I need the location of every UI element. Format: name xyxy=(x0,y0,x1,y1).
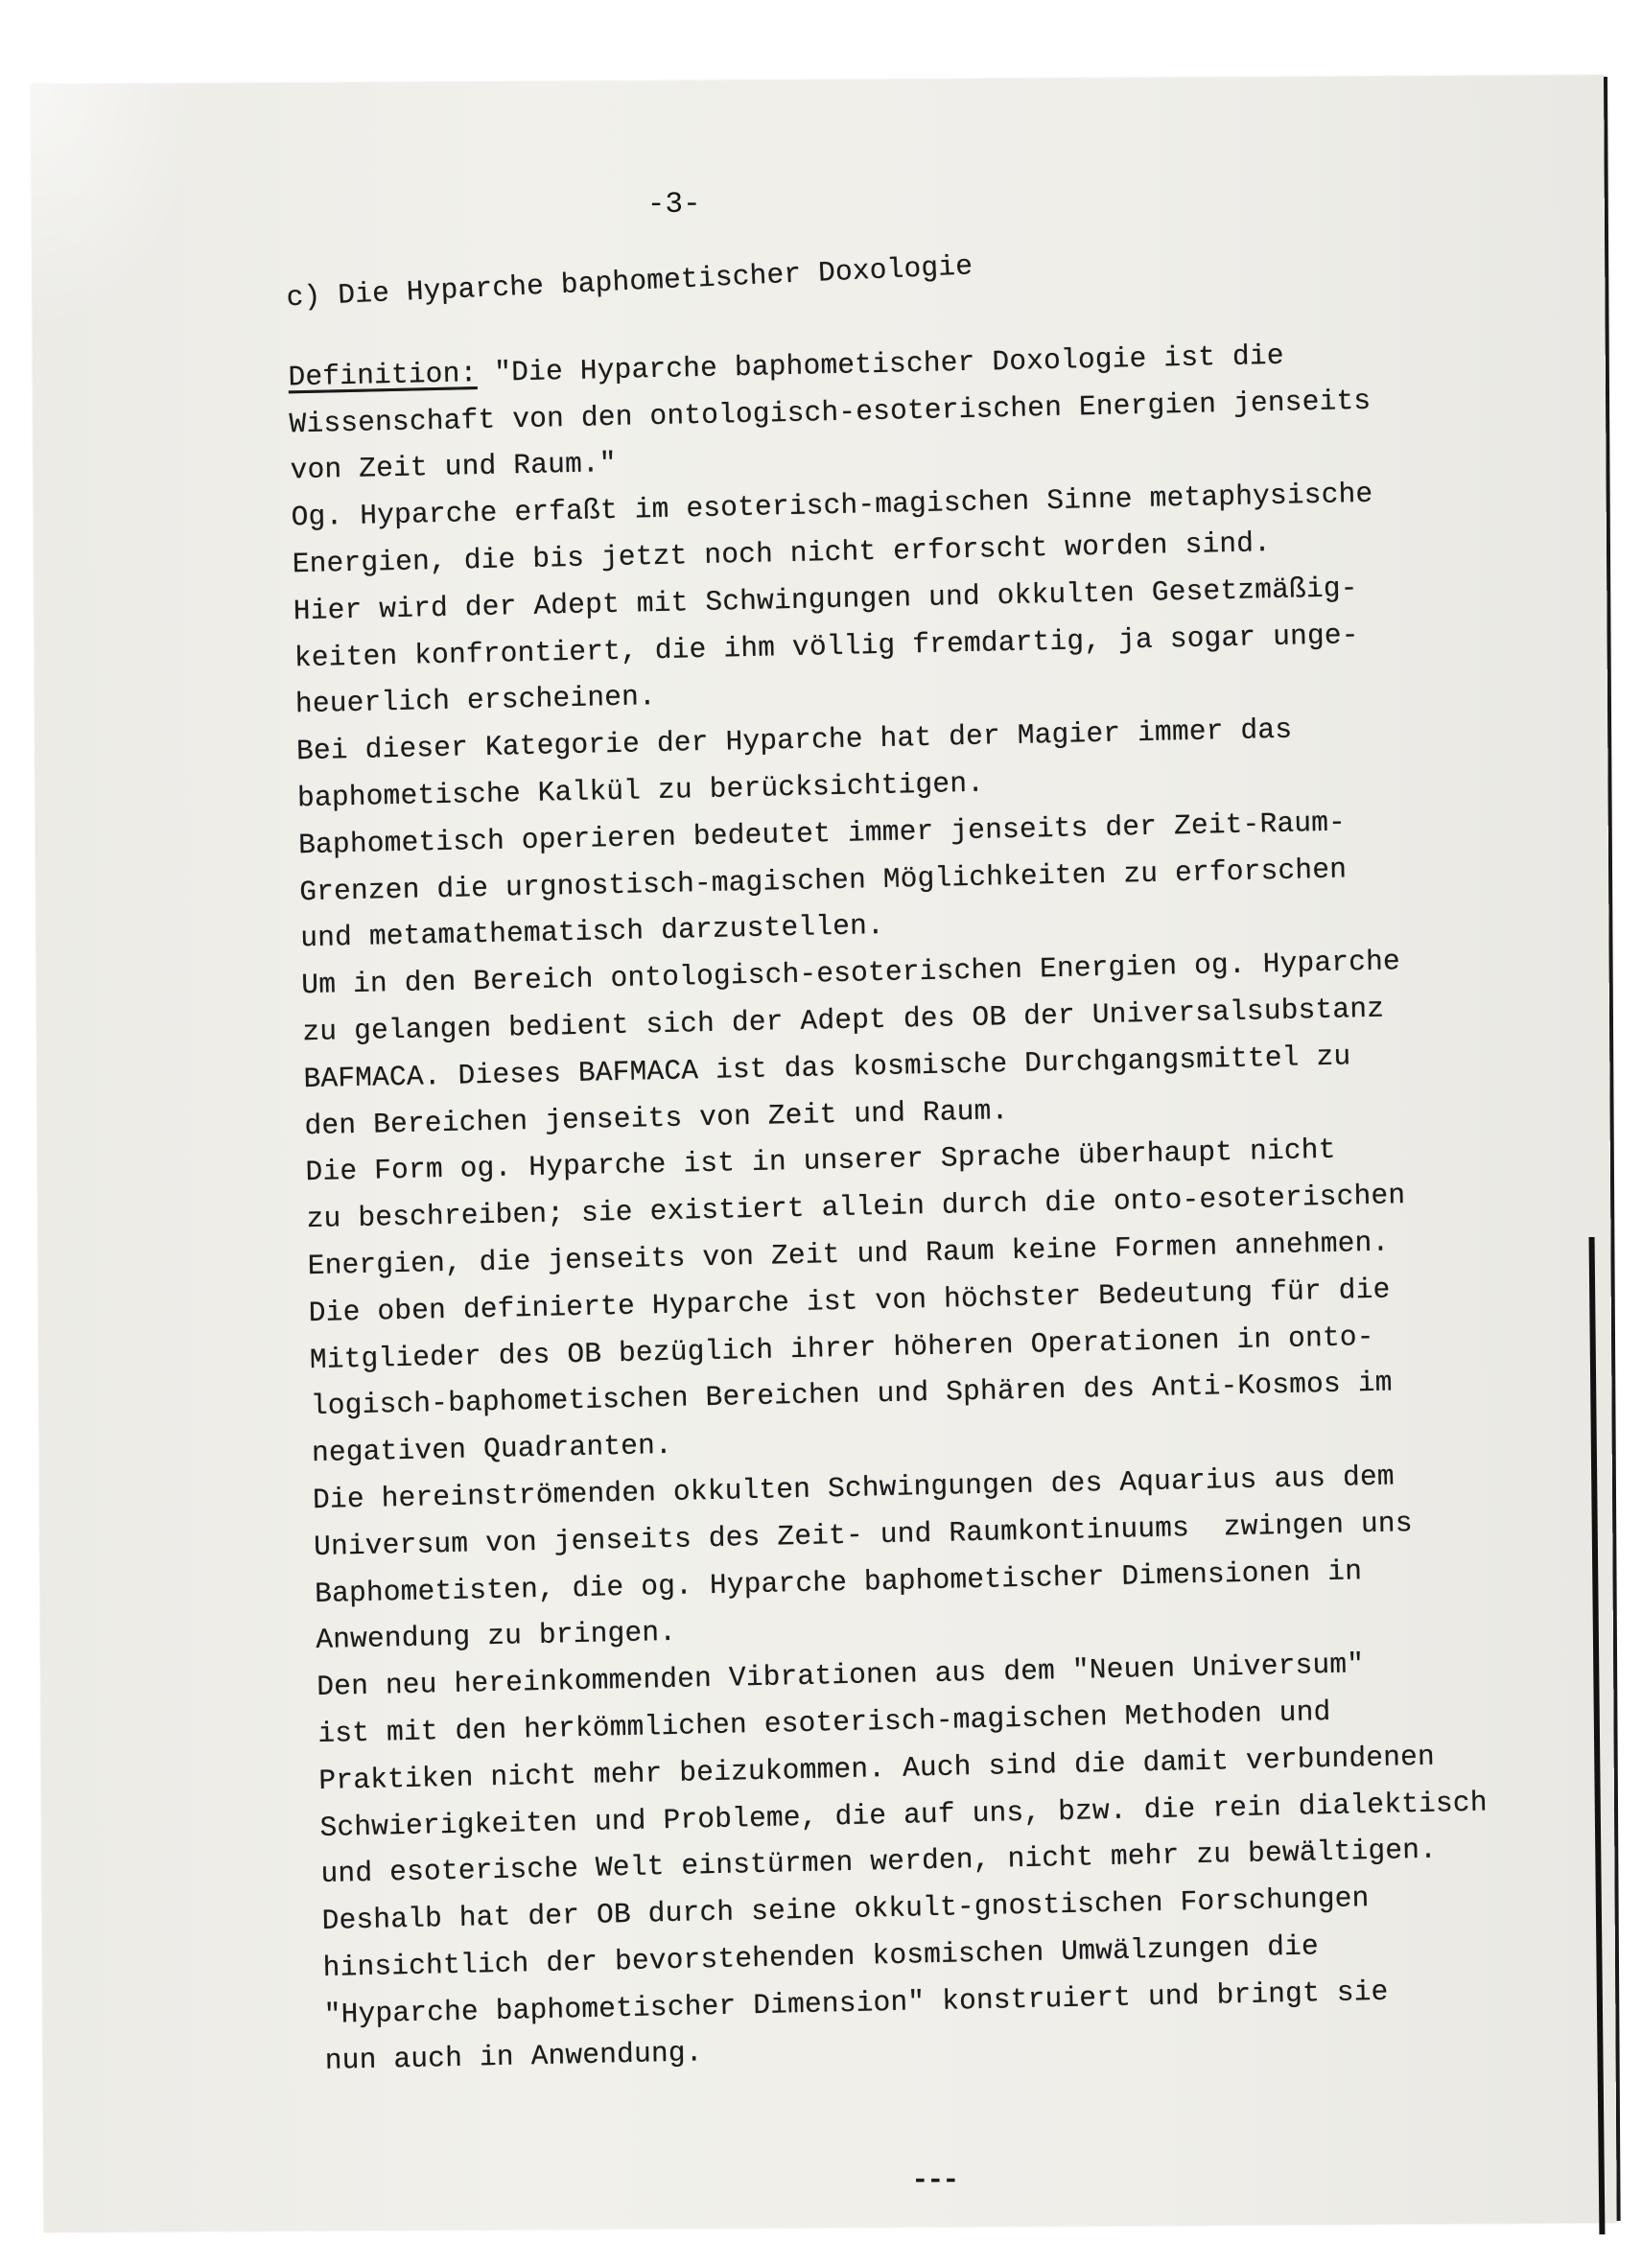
definition-label: Definition: xyxy=(288,357,478,393)
end-mark: --- xyxy=(911,2164,957,2197)
document-body: c) Die Hyparche baphometischer Doxologie… xyxy=(286,246,1620,2085)
page-number: -3- xyxy=(32,182,1605,225)
body-lines: Wissenschaft von den ontologisch-esoteri… xyxy=(289,372,1620,2085)
section-heading: c) Die Hyparche baphometischer Doxologie xyxy=(286,215,1582,321)
paper-sheet: -3- c) Die Hyparche baphometischer Doxol… xyxy=(31,75,1617,2233)
